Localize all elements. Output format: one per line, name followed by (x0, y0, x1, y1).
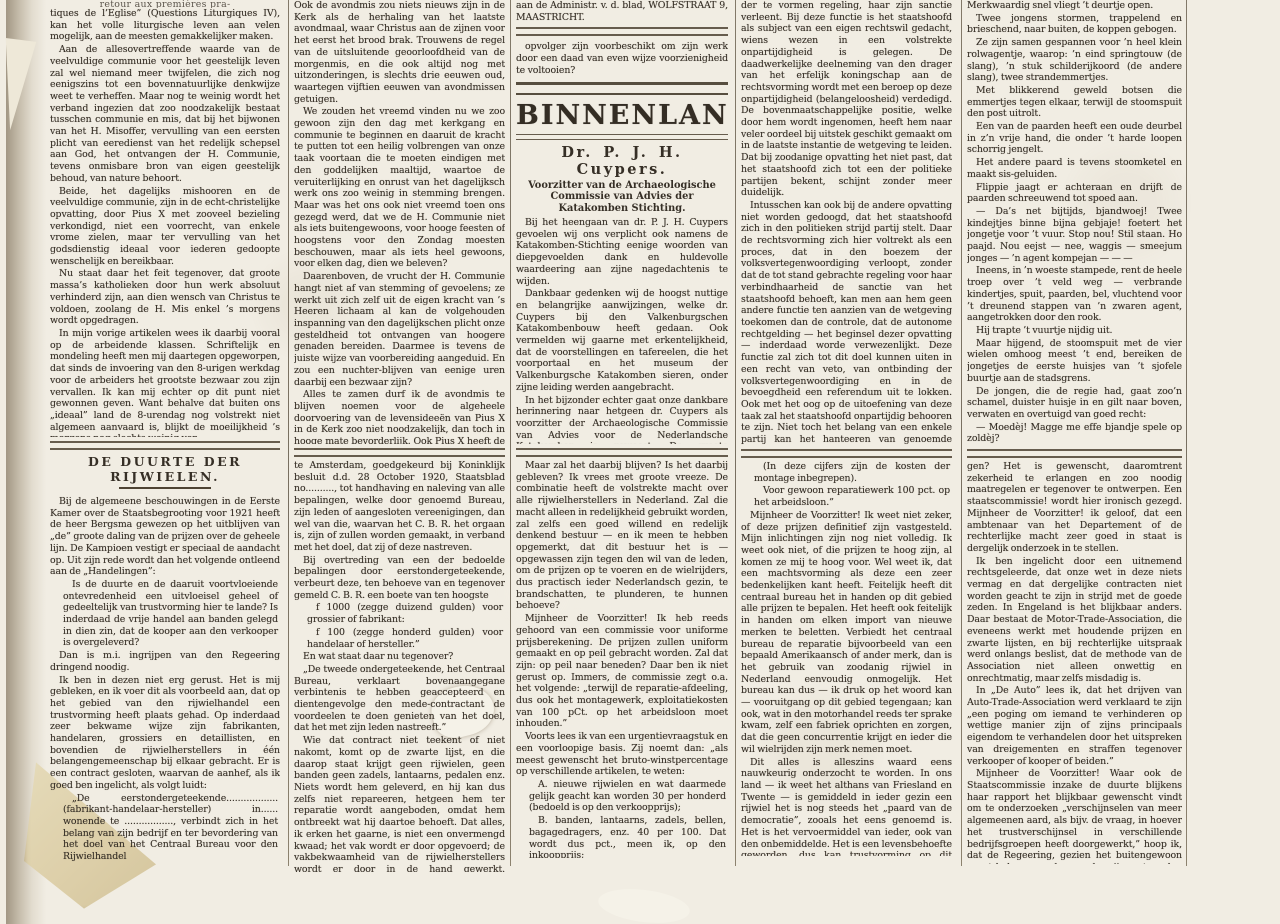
article-paragraph-indented: „De eerstondergeteekende................… (63, 793, 278, 863)
article-paragraph: Ik ben ingelicht door een uitnemend rech… (967, 556, 1182, 685)
article-paragraph: Alles te zamen durf ik de avondmis te bl… (294, 389, 505, 444)
text-column-3: aan de Administr. v. d. blad, WOLFSTRAAT… (516, 0, 728, 858)
article-text-block: DE DUURTE DER RIJWIELEN.Bij de algemeene… (50, 452, 280, 868)
section-divider-rule (967, 449, 1182, 458)
article-paragraph: Mijnheer de Voorzitter! Waar ook de Staa… (967, 768, 1182, 864)
heading-underline-rule (516, 134, 728, 140)
article-text-block: der te vormen regeling, haar zijn sancti… (741, 0, 952, 445)
newspaper-scan: retour aux premières pra-tiques de l’Egl… (0, 0, 1280, 924)
article-paragraph: Twee jongens stormen, trappelend en brie… (967, 13, 1182, 36)
section-divider-rule (516, 27, 728, 36)
article-text-block: Merkwaardig snel vliegt ’t deurtje open.… (967, 0, 1182, 445)
article-paragraph-indented: Voor gewoon reparatiewerk 100 pct. op he… (754, 485, 950, 508)
article-paragraph: Ineens, in ’n woeste stampede, rent de h… (967, 265, 1182, 324)
article-paragraph: Bij het heengaan van dr. P. J. H. Cuyper… (516, 217, 728, 287)
article-paragraph: „De tweede ondergeteekende, het Centraal… (294, 664, 505, 734)
article-paragraph: Bij overtreding van een der bedoelde bep… (294, 555, 505, 602)
article-paragraph: Mijnheer de Voorzitter! Ik heb reeds geh… (516, 613, 728, 730)
article-text-block: te Amsterdam, goedgekeurd bij Koninklijk… (294, 460, 505, 872)
article-paragraph-indented: A. nieuwe rijwielen en wat daarmede geli… (529, 779, 726, 814)
section-divider-rule (50, 441, 280, 450)
article-text-block: Ook de avondmis zou niets nieuws zijn in… (294, 0, 505, 444)
article-paragraph: der te vormen regeling, haar zijn sancti… (741, 0, 952, 199)
article-paragraph: Beide, het dagelijks mishooren en de vee… (50, 186, 280, 268)
article-paragraph: Maar hijgend, de stoomspuit met de vier … (967, 338, 1182, 385)
article-paragraph: Ze zijn samen gespannen voor ’n heel kle… (967, 37, 1182, 84)
clipped-line-fragment: retour aux premières pra- (50, 0, 280, 8)
column-divider (288, 0, 289, 866)
article-paragraph: Flippie jaagt er achteraan en drijft de … (967, 182, 1182, 205)
article-paragraph: Ook de avondmis zou niets nieuws zijn in… (294, 0, 505, 105)
article-paragraph: Merkwaardig snel vliegt ’t deurtje open. (967, 0, 1182, 12)
article-paragraph: Wie dat contract niet teekent of niet na… (294, 735, 505, 872)
article-paragraph: aan de Administr. v. d. blad, WOLFSTRAAT… (516, 0, 728, 23)
section-divider-rule (516, 448, 728, 457)
article-paragraph: — Moedèj! Magge me effe bjandje spele op… (967, 422, 1182, 445)
article-paragraph: Intusschen kan ook bij de andere opvatti… (741, 200, 952, 445)
article-paragraph-indented: f 100 (zegge honderd gulden) voor handel… (307, 627, 503, 650)
column-divider (961, 0, 962, 866)
article-paragraph: te Amsterdam, goedgekeurd bij Koninklijk… (294, 460, 505, 554)
section-heading: BINNENLAND. (516, 100, 728, 131)
article-paragraph: Dankbaar gedenken wij de hoogst nuttige … (516, 288, 728, 393)
article-paragraph: Hij trapte ’t vuurtje nijdig uit. (967, 325, 1182, 337)
article-paragraph: Nu staat daar het feit tegenover, dat gr… (50, 268, 280, 327)
article-text-block: aan de Administr. v. d. blad, WOLFSTRAAT… (516, 0, 728, 444)
article-text-block: Maar zal het daarbij blijven? Is het daa… (516, 460, 728, 858)
article-paragraph: De jongen, die de regie had, gaat zoo’n … (967, 386, 1182, 421)
article-paragraph: Bij de algemeene beschouwingen in de Eer… (50, 496, 280, 578)
article-paragraph-indented: (In deze cijfers zijn de kosten der mont… (754, 461, 950, 484)
article-paragraph: En wat staat daar nu tegenover? (294, 651, 505, 663)
article-paragraph: We zouden het vreemd vinden nu we zoo ge… (294, 106, 505, 270)
article-paragraph: — Da’s net bijtijds, bjandwoej! Twee kin… (967, 206, 1182, 265)
article-paragraph-indented: B. banden, lantaarns, zadels, bellen, ba… (529, 815, 726, 858)
article-paragraph: Daarenboven, de vrucht der H. Communie h… (294, 271, 505, 388)
text-column-1: retour aux premières pra-tiques de l’Egl… (50, 0, 280, 868)
article-paragraph: Mijnheer de Voorzitter! Ik weet niet zek… (741, 510, 952, 756)
article-text-block: gen? Het is gewenscht, daaromtrent zeker… (967, 461, 1182, 864)
title-underline (119, 487, 211, 489)
article-paragraph: Een van de paarden heeft een oude deurbe… (967, 121, 1182, 156)
column-divider (510, 0, 511, 866)
article-paragraph: Het andere paard is tevens stoomketel en… (967, 157, 1182, 180)
article-paragraph: tiques de l’Eglise” (Questions Liturgiqu… (50, 8, 280, 43)
article-paragraph: Ik ben in dezen niet erg gerust. Het is … (50, 675, 280, 792)
article-paragraph: Aan de allesovertreffende waarde van de … (50, 44, 280, 184)
article-paragraph: Dan is m.i. ingrijpen van den Regeering … (50, 650, 280, 673)
article-paragraph: gen? Het is gewenscht, daaromtrent zeker… (967, 461, 1182, 555)
article-paragraph: Dit alles is alleszins waard eens nauwke… (741, 757, 952, 856)
article-paragraph: opvolger zijn voorbeschikt om zijn werk … (516, 41, 728, 76)
section-divider-double-rule (516, 82, 728, 95)
column-divider (1186, 0, 1187, 866)
section-divider-rule (294, 448, 505, 457)
article-paragraph-indented: Is de duurte en de daaruit voortvloeiend… (63, 579, 278, 649)
article-paragraph: In het bijzonder echter gaat onze dankba… (516, 395, 728, 444)
text-column-2: Ook de avondmis zou niets nieuws zijn in… (294, 0, 505, 872)
article-title: Dr. P. J. H. Cuypers. (516, 144, 728, 178)
text-column-4: der te vormen regeling, haar zijn sancti… (741, 0, 952, 856)
article-subtitle: Voorzitter van de Archaeologische Commis… (522, 180, 722, 215)
section-divider-rule (741, 449, 952, 458)
article-paragraph: Voorts lees ik van een urgentievraagstuk… (516, 731, 728, 778)
article-paragraph: Maar zal het daarbij blijven? Is het daa… (516, 460, 728, 612)
article-text-block: (In deze cijfers zijn de kosten der mont… (741, 461, 952, 856)
text-column-5: Merkwaardig snel vliegt ’t deurtje open.… (967, 0, 1182, 864)
article-paragraph: In „De Auto” lees ik, dat het drijven va… (967, 685, 1182, 767)
article-paragraph: In mijn vorige artikelen wees ik daarbij… (50, 328, 280, 437)
article-paragraph: Met blikkerend geweld botsen die emmertj… (967, 85, 1182, 120)
column-divider (735, 0, 736, 866)
article-paragraph-indented: f 1000 (zegge duizend gulden) voor gross… (307, 602, 503, 625)
article-text-block: retour aux premières pra-tiques de l’Egl… (50, 0, 280, 437)
article-heading: DE DUURTE DER RIJWIELEN. (50, 454, 280, 484)
